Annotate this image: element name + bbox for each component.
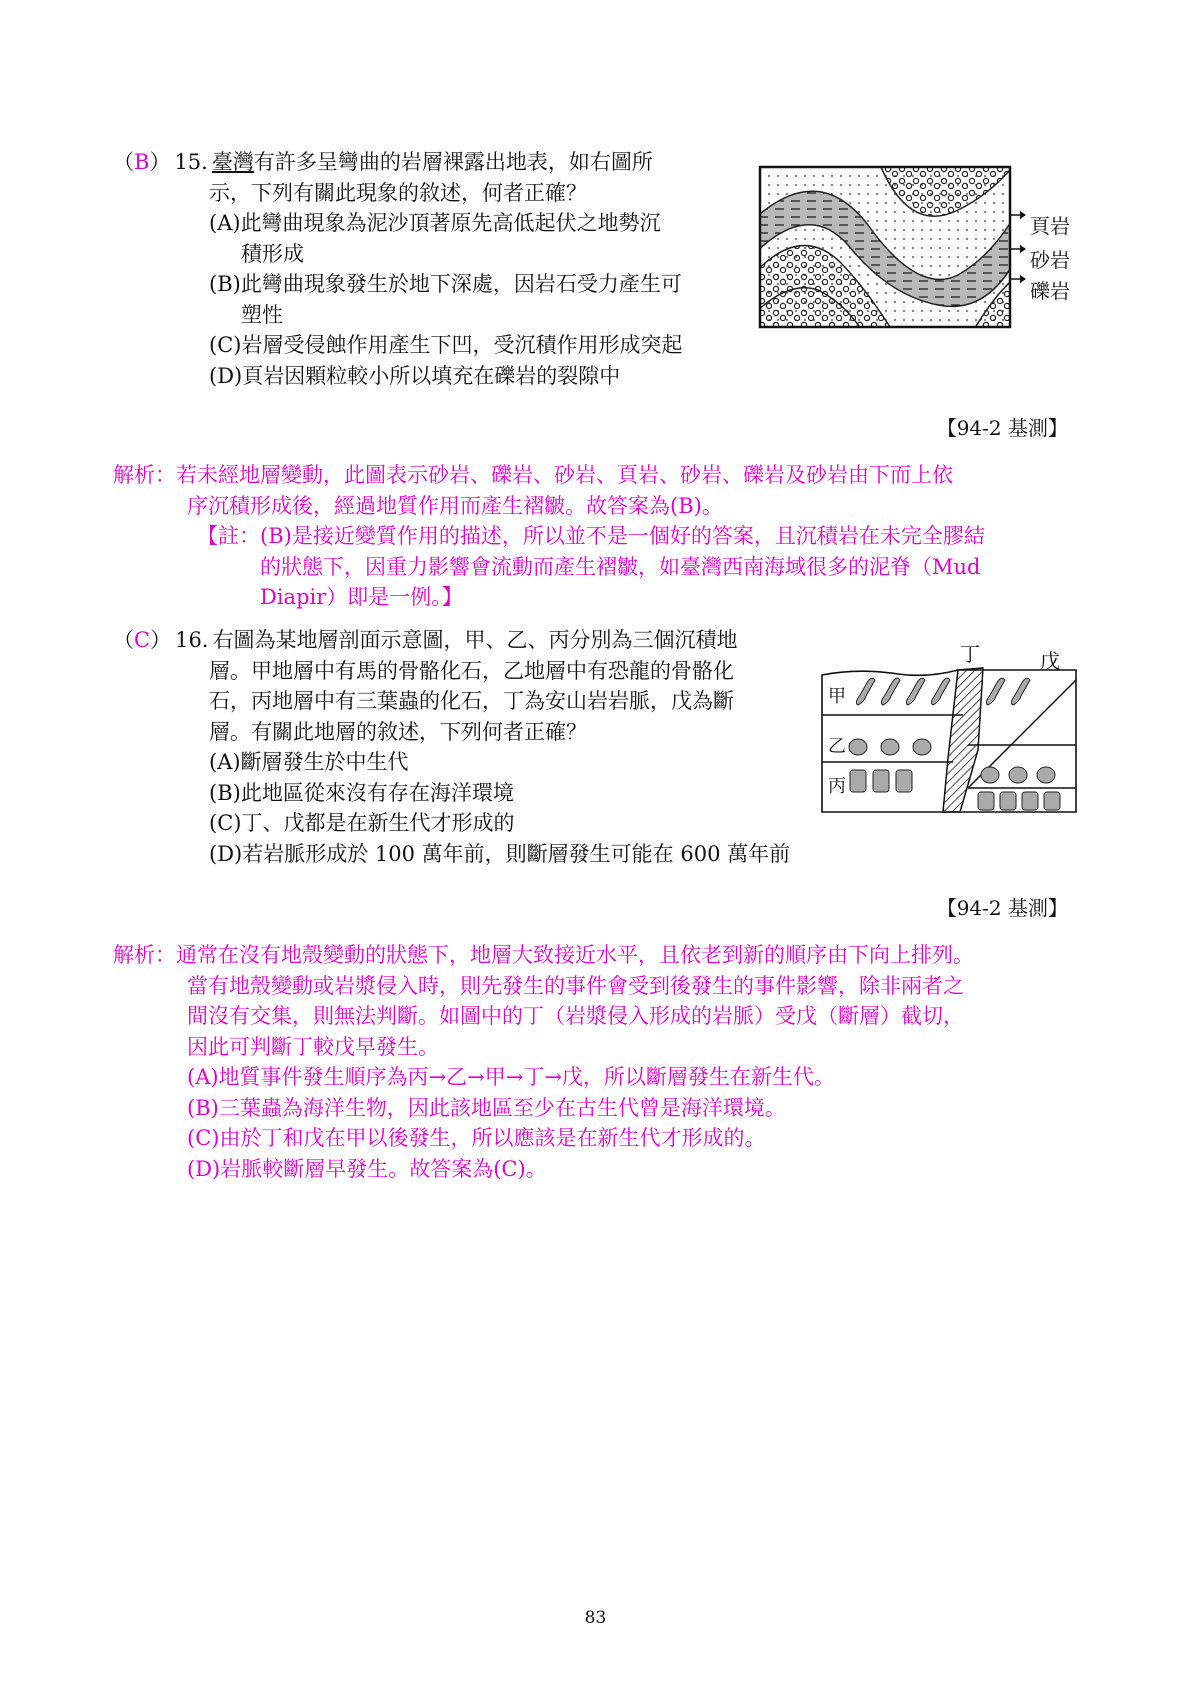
question-15: （B）15.臺灣有許多呈彎曲的岩層裸露出地表，如右圖所 示，下列有關此現象的敘述…	[113, 147, 713, 391]
option-d: (D)若岩脈形成於 100 萬年前，則斷層發生可能在 600 萬年前	[113, 839, 813, 870]
label-layer-jia: 甲	[828, 682, 846, 708]
label-dike: 丁	[960, 638, 980, 667]
page-number: 83	[0, 1608, 1191, 1628]
underlined-term: 臺灣	[212, 147, 254, 178]
option-b-cont: 塑性	[113, 300, 713, 331]
folded-strata-figure	[758, 165, 1028, 340]
option-b: (B)此彎曲現象發生於地下深處，因岩石受力產生可	[113, 269, 713, 300]
analysis-prefix: 解析：	[113, 943, 176, 967]
analysis-16: 解析：通常在沒有地殼變動的狀態下，地層大致接近水平，且依老到新的順序由下向上排列…	[113, 940, 1083, 1184]
source-tag: 【94-2 基測】	[937, 412, 1068, 441]
question-number: 16.	[175, 625, 208, 656]
label-fault: 戊	[1040, 645, 1060, 674]
page: （B）15.臺灣有許多呈彎曲的岩層裸露出地表，如右圖所 示，下列有關此現象的敘述…	[0, 0, 1191, 1684]
option-c: (C)岩層受侵蝕作用產生下凹，受沉積作用形成突起	[113, 330, 713, 361]
analysis-prefix: 解析：	[113, 463, 176, 487]
label-sandstone: 砂岩	[1030, 244, 1070, 273]
option-c: (C)丁、戊都是在新生代才形成的	[113, 808, 813, 839]
note: 【註：(B)是接近變質作用的描述，所以並不是一個好的答案，且沉積岩在未完全膠結	[113, 521, 1083, 552]
stem-text: 右圖為某地層剖面示意圖，甲、乙、丙分別為三個沉積地	[212, 625, 737, 656]
label-layer-yi: 乙	[828, 732, 846, 758]
answer-badge: C	[134, 625, 150, 656]
answer-badge: B	[134, 147, 149, 178]
analysis-15: 解析：若未經地層變動，此圖表示砂岩、礫岩、砂岩、頁岩、砂岩、礫岩及砂岩由下而上依…	[113, 460, 1083, 613]
question-16: （C）16.右圖為某地層剖面示意圖，甲、乙、丙分別為三個沉積地 層。甲地層中有馬…	[113, 625, 813, 869]
option-a: (A)斷層發生於中生代	[113, 747, 813, 778]
source-tag: 【94-2 基測】	[937, 892, 1068, 921]
option-d: (D)頁岩因顆粒較小所以填充在礫岩的裂隙中	[113, 361, 713, 392]
option-b: (B)此地區從來沒有存在海洋環境	[113, 778, 813, 809]
option-a-cont: 積形成	[113, 239, 713, 270]
question-number: 15.	[174, 147, 207, 178]
label-shale: 頁岩	[1030, 210, 1070, 239]
stem-text: 有許多呈彎曲的岩層裸露出地表，如右圖所	[254, 147, 653, 178]
label-conglomerate: 礫岩	[1030, 275, 1070, 304]
label-layer-bing: 丙	[828, 772, 846, 798]
stem-text: 示，下列有關此現象的敘述，何者正確？	[113, 178, 713, 209]
option-a: (A)此彎曲現象為泥沙頂著原先高低起伏之地勢沉	[113, 208, 713, 239]
